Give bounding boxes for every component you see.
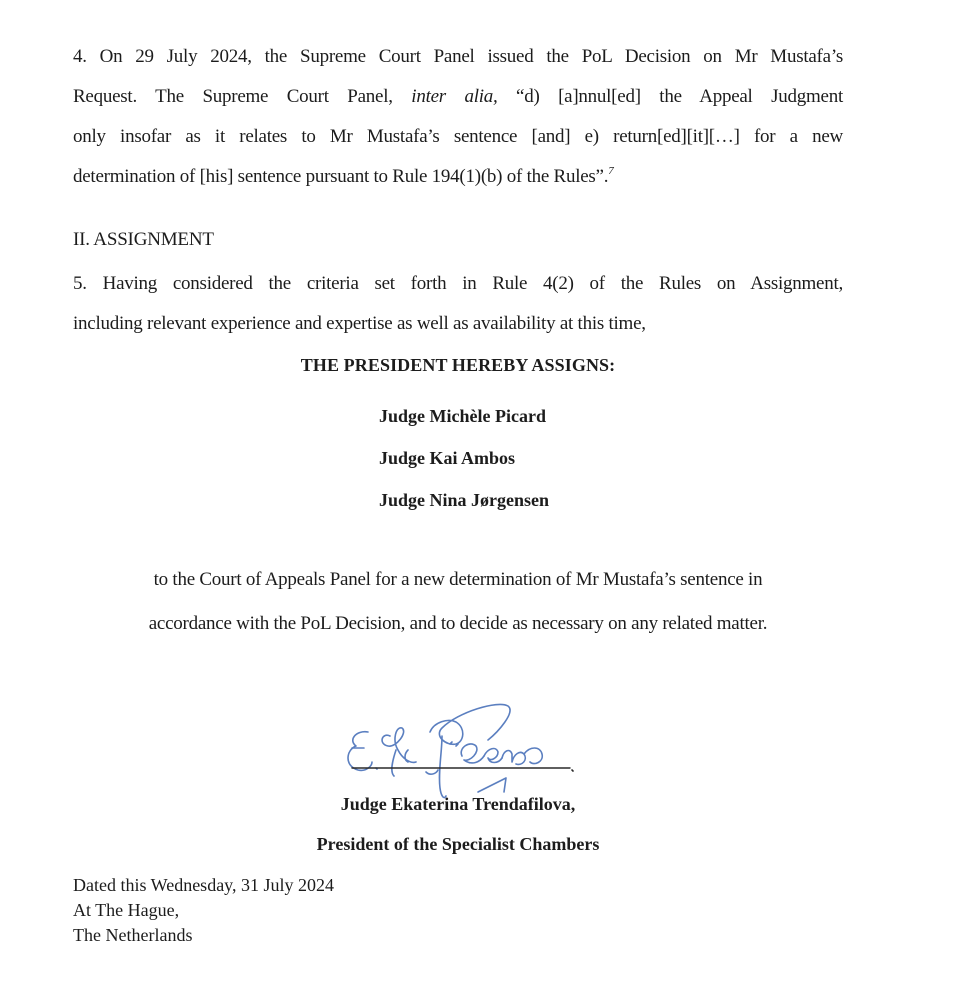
paragraph-4-line-2-quote: “d) [a]nnul[ed] the Appeal Judgment bbox=[498, 86, 843, 107]
closing-line-1: to the Court of Appeals Panel for a new … bbox=[78, 558, 838, 602]
judge-item: Judge Kai Ambos bbox=[379, 437, 549, 479]
paragraph-4-line-1: 4. On 29 July 2024, the Supreme Court Pa… bbox=[73, 37, 843, 77]
paragraph-4: 4. On 29 July 2024, the Supreme Court Pa… bbox=[73, 37, 843, 197]
signatory-name: Judge Ekaterina Trendafilova, bbox=[0, 794, 916, 815]
signatory-title: President of the Specialist Chambers bbox=[0, 834, 916, 855]
paragraph-5-line-2: including relevant experience and expert… bbox=[73, 304, 843, 344]
dated-line: Dated this Wednesday, 31 July 2024 bbox=[73, 873, 334, 898]
location-city: At The Hague, bbox=[73, 898, 334, 923]
closing-line-2: accordance with the PoL Decision, and to… bbox=[78, 602, 838, 646]
paragraph-4-line-2-text: Request. The Supreme Court Panel, bbox=[73, 86, 411, 107]
paragraph-4-line-4-text: determination of [his] sentence pursuant… bbox=[73, 166, 608, 187]
paragraph-5: 5. Having considered the criteria set fo… bbox=[73, 264, 843, 344]
paragraph-4-line-4: determination of [his] sentence pursuant… bbox=[73, 157, 843, 197]
judges-list: Judge Michèle Picard Judge Kai Ambos Jud… bbox=[379, 395, 549, 521]
inter-alia-italic: inter alia, bbox=[411, 86, 497, 107]
location-country: The Netherlands bbox=[73, 923, 334, 948]
paragraph-5-line-1: 5. Having considered the criteria set fo… bbox=[73, 264, 843, 304]
footnote-marker[interactable]: 7 bbox=[608, 165, 613, 177]
dated-block: Dated this Wednesday, 31 July 2024 At Th… bbox=[73, 873, 334, 948]
section-heading-assignment: II. ASSIGNMENT bbox=[73, 229, 214, 251]
judge-item: Judge Michèle Picard bbox=[379, 395, 549, 437]
closing-paragraph: to the Court of Appeals Panel for a new … bbox=[78, 558, 838, 646]
judge-item: Judge Nina Jørgensen bbox=[379, 479, 549, 521]
paragraph-4-line-3: only insofar as it relates to Mr Mustafa… bbox=[73, 117, 843, 157]
signature-image bbox=[338, 692, 578, 802]
assignment-title: THE PRESIDENT HEREBY ASSIGNS: bbox=[0, 355, 916, 376]
paragraph-4-line-2: Request. The Supreme Court Panel, inter … bbox=[73, 77, 843, 117]
